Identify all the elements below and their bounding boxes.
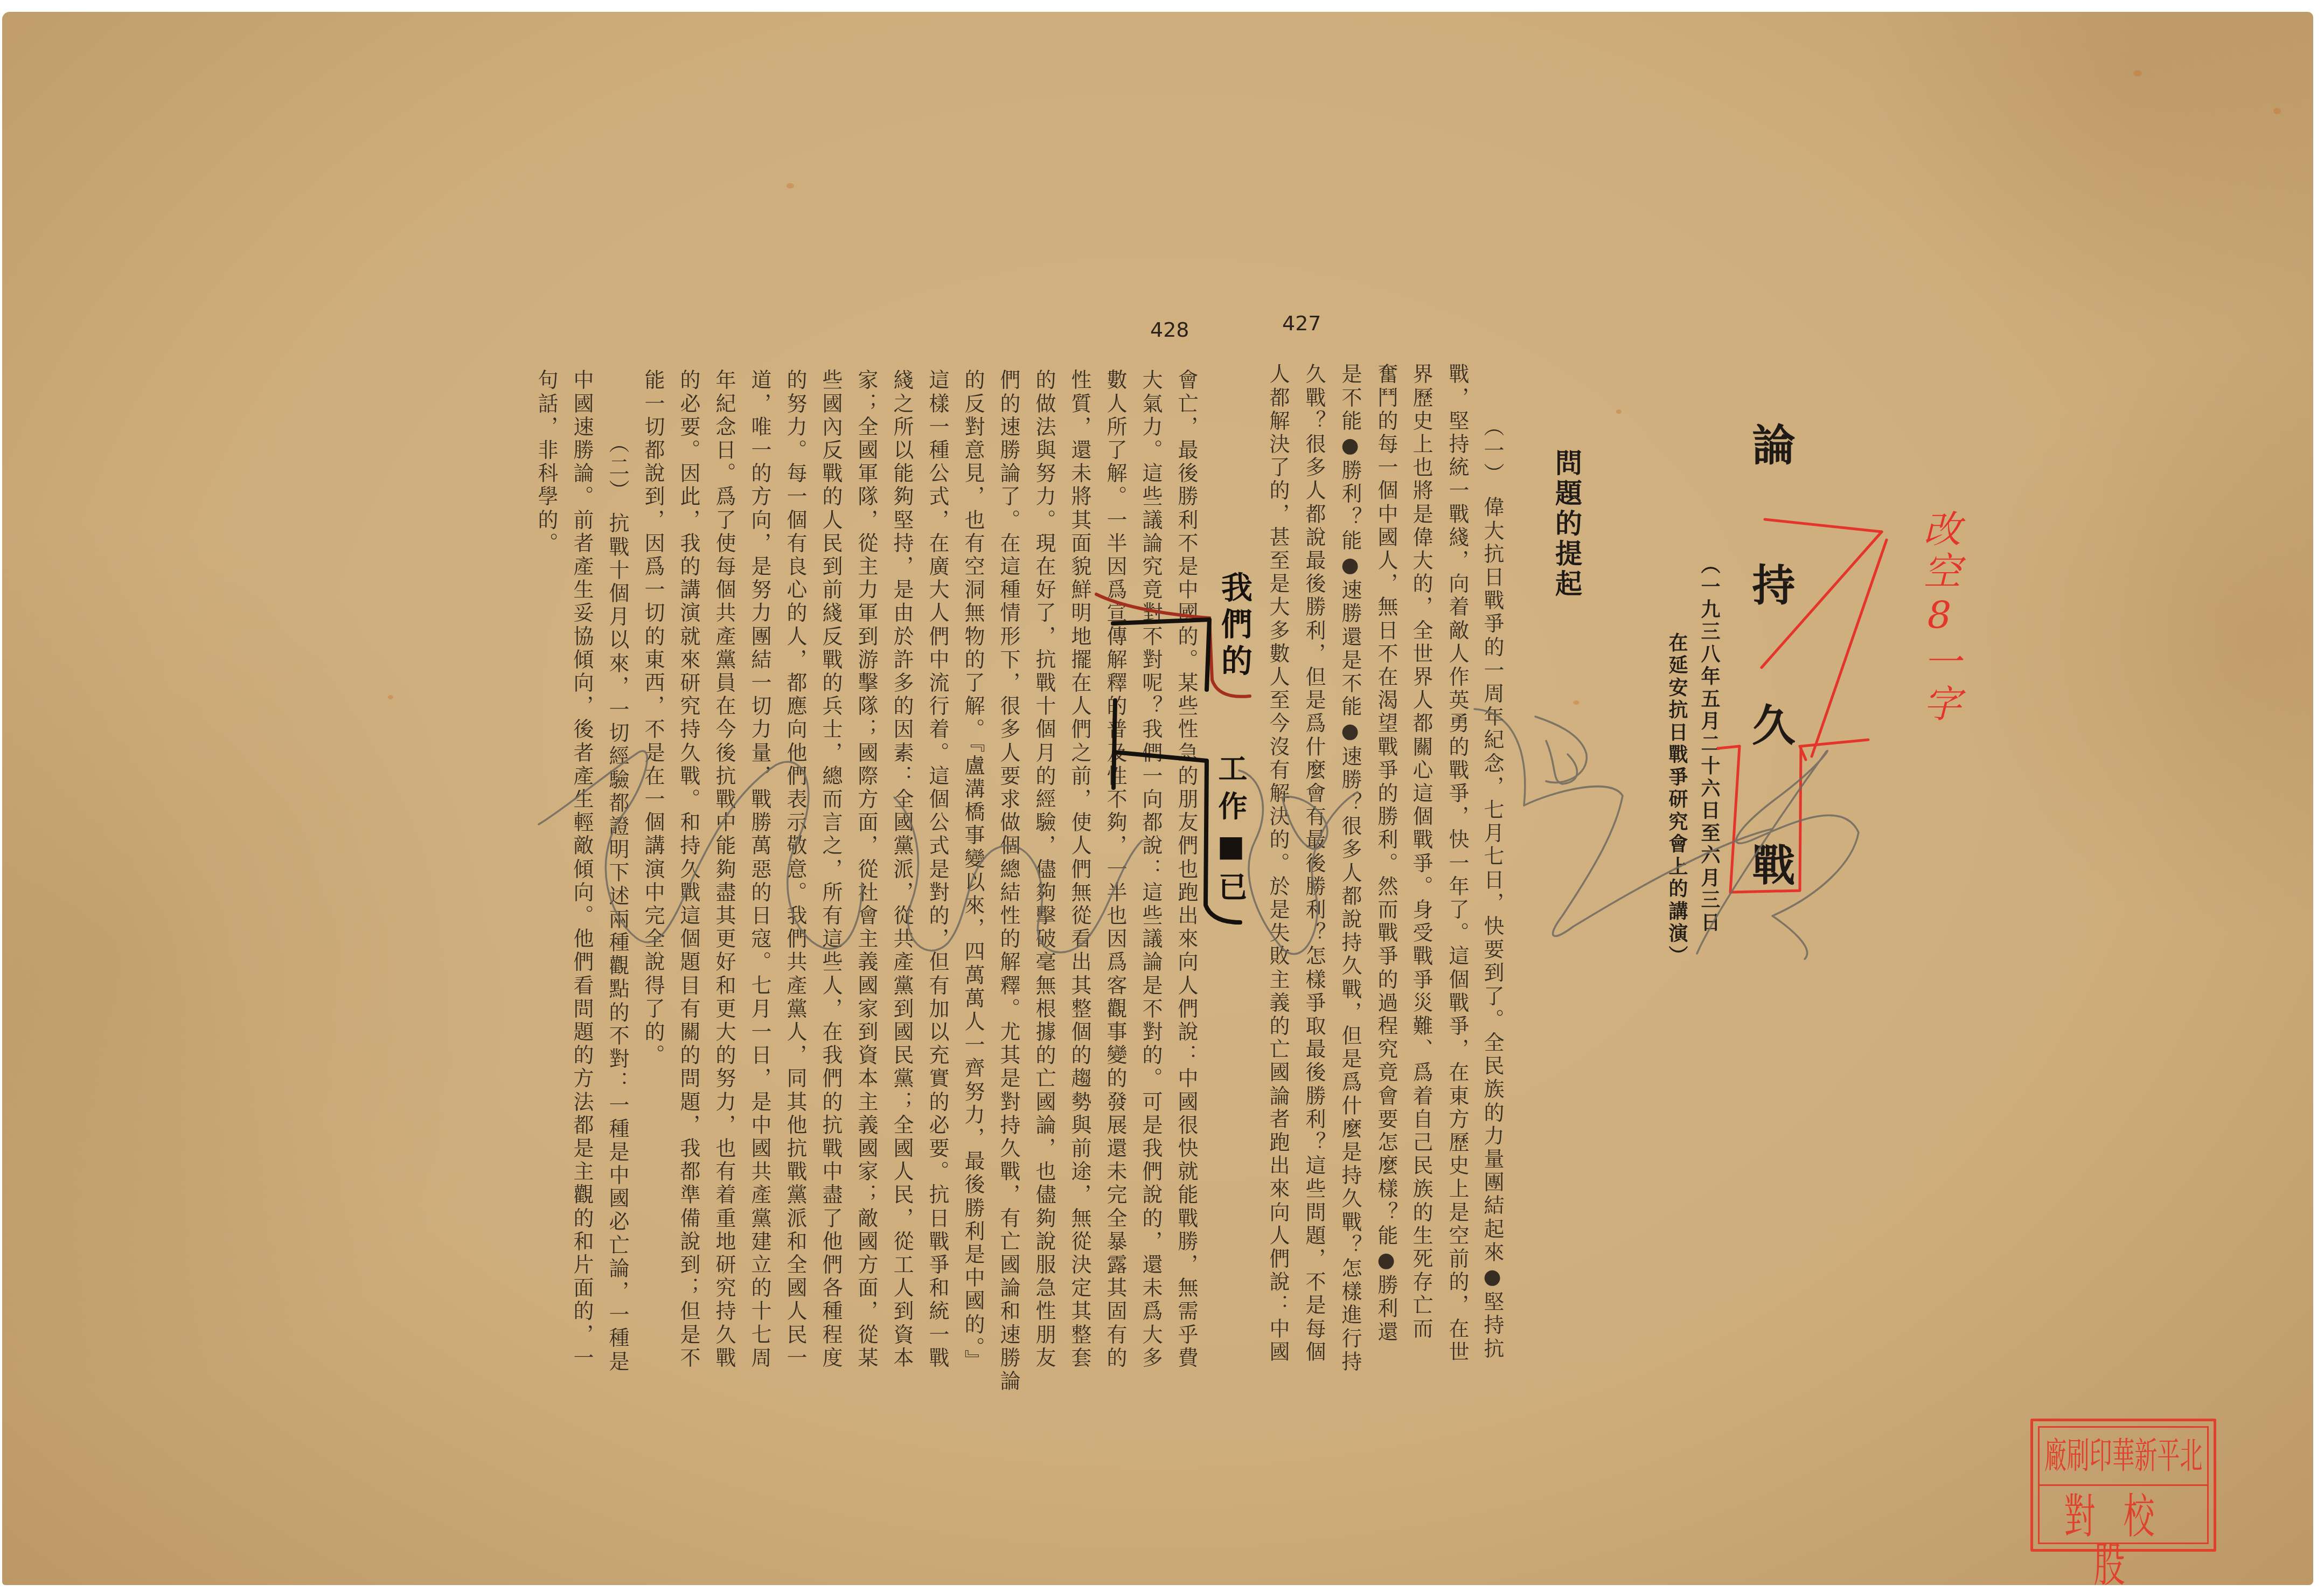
ink-insertion-note: 工作■已 [1215,753,1247,909]
text-column: 的努力。每一個有良心的人，都應向他們表示敬意。我們共產黨人，同其他抗戰黨派和全國… [784,369,806,1370]
text-column: 綫之所以能夠堅持，是由於許多的因素：全國黨派，從共產黨到國民黨；全國人民，從工人… [891,369,913,1370]
text-column: 年紀念日。爲了使每個共產黨員在今後抗戰中能夠盡其更好和更大的努力，也有着重地研究… [713,369,735,1370]
text-column: 會亡，最後勝利不是中國的。某些性急的朋友們也跑出來向人們說：中國很快就能戰勝，無… [1175,369,1197,1370]
text-column: 性質，還未將其面貌鮮明地擺在人們之前，使人們無從看出其整個的趨勢與前途，無從決定… [1069,369,1090,1370]
paper-stain [1573,700,1580,705]
stamp-divider [2040,1484,2207,1486]
text-column: 界歷史上也將是偉大的，全世界人都關心這個戰爭。身受戰爭災難、爲着自己民族的生死存… [1410,363,1432,1340]
text-column: 戰，堅持統一戰綫，向着敵人作英勇的戰爭，快一年了。這個戰爭，在東方歷史上是空前的… [1446,363,1468,1364]
document-title: 論持久戰 [1747,422,1792,983]
text-column: 家；全國軍隊，從主力軍到游擊隊；國際方面，從社會主義國家到資本主義國家；敵國方面… [855,369,877,1370]
paper-stain [787,183,794,189]
paragraph-label-2: （二） [607,433,628,503]
text-column: 是不能●勝利？能●速勝還是不能●速勝？很多人都說持久戰，但是爲什麼是持久戰？怎樣… [1339,363,1361,1374]
stamp-inner-border: 北平新華印刷廠 校對股 [2038,1426,2209,1544]
text-column: 的做法與努力。現在好了，抗戰十個月的經驗，儘夠擊破毫無根據的亡國論，也儘夠說服急… [1033,369,1055,1370]
stamp-department: 校對股 [2045,1492,2202,1565]
text-column: 久戰？很多人都說最後勝利，但是爲什麼會有最後勝利？怎樣爭取最後勝利？這些問題，不… [1303,363,1325,1364]
text-column: 人都解決了的，甚至是大多數人至今沒有解決的。於是失敗主義的亡國論者跑出來向人們說… [1267,363,1289,1364]
page-number-left: 428 [1150,318,1189,342]
printing-house-proof-stamp: 北平新華印刷廠 校對股 [2030,1419,2216,1552]
text-column: 奮鬥的每一個中國人，無日不在渴望戰爭的勝利。然而戰爭的過程究竟會要怎麼樣？能●勝… [1375,363,1397,1344]
text-column: 的反對意見，也有空洞無物的了解。『盧溝橋事變以來，四萬萬人一齊努力，最後勝利是中… [962,369,984,1373]
text-column: 中國速勝論。前者產生妥協傾向，後者產生輕敵傾向。他們看問題的方法都是主觀的和片面… [571,369,593,1370]
paper-stain [2133,70,2142,77]
paper-stain [2273,108,2281,114]
text-column: 數人所了解。一半因爲宣傳解釋的普及性不夠，一半也因爲客觀事變的發展還未完全暴露其… [1104,369,1126,1370]
text-column: 這樣一種公式，在廣大人們中流行着。這個公式是對的，但有加以充實的必要。抗日戰爭和… [927,369,948,1370]
subtitle-venue: 在延安抗日戰爭研究會上的講演） [1666,633,1687,968]
ink-insertion-note: 我們的 [1216,571,1252,681]
paragraph-label-1: （一） [1481,416,1503,486]
text-column: 些國內反戰的人民到前綫反戰的兵士，總而言之，所有這些人，在我們的抗戰中盡了他們各… [820,369,841,1370]
page-number-right: 427 [1282,311,1321,335]
text-column: 能一切都說到，因爲一切的東西，不是在一個講演中完全說得了的。 [642,369,664,1067]
section-heading: 問題的提起 [1552,449,1581,600]
text-column: 的必要。因此，我的講演就來研究持久戰。和持久戰這個題目有關的問題，我都準備說到；… [678,369,699,1370]
text-column: 偉大抗日戰爭的一周年紀念，七月七日，快要到了。全民族的力量團結起來●堅持抗 [1481,496,1503,1360]
text-column: 抗戰十個月以來，一切經驗都證明下述兩種觀點的不對：一種是中國必亡論，一種是 [607,512,628,1373]
text-column: 句話，非科學的。 [535,369,557,555]
text-column: 們的速勝論了。在這種情形下，很多人要求做個總結性的解釋。尤其是對持久戰，有亡國論… [998,369,1019,1393]
paper-stain [1616,409,1622,414]
text-column: 道，唯一的方向，是努力團結一切力量，戰勝萬惡的日寇。七月一日，是中國共產黨建立的… [749,369,770,1370]
text-column: 大氣力。這些議論究竟對不對呢？我們一向都說：這些議論是不對的。可是我們說的，還未… [1140,369,1161,1370]
subtitle-date: （一九三八年五月二十六日至六月三日 [1698,554,1720,935]
paper-stain [388,695,393,699]
red-proofreader-note: 改空8一字 [1918,509,1961,726]
